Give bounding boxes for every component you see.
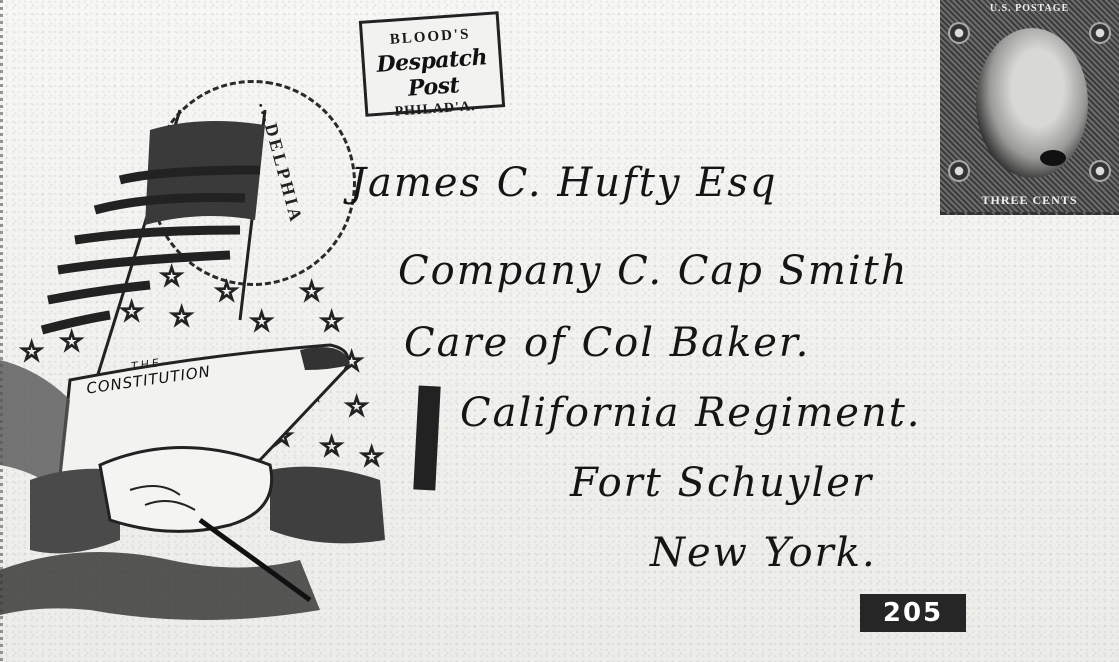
stamp-rosette-icon [948,160,970,182]
drapery-icon [0,552,320,620]
svg-text:☆: ☆ [320,307,343,337]
address-line-6: New York. [650,530,877,576]
address-line-2: Company C. Cap Smith [398,248,909,294]
svg-text:☆: ☆ [215,277,238,307]
svg-text:☆: ☆ [360,442,383,472]
svg-text:☆: ☆ [320,432,343,462]
stamp-top-text: U.S. POSTAGE [940,0,1119,18]
sleeve-right-icon [270,467,385,544]
svg-text:☆: ☆ [160,262,183,292]
address-line-5: Fort Schuyler [570,460,873,506]
cancel-mark [1040,150,1066,166]
stamp-rosette-icon [1089,160,1111,182]
postage-stamp: U.S. POSTAGE THREE CENTS [940,0,1119,215]
svg-text:☆: ☆ [250,307,273,337]
reference-number-badge: 205 [860,594,966,632]
svg-text:☆: ☆ [300,277,323,307]
address-line-1: James C. Hufty Esq [350,160,778,206]
clasped-hands-icon [100,448,272,532]
svg-text:☆: ☆ [60,327,83,357]
stamp-rosette-icon [1089,22,1111,44]
stamp-rosette-icon [948,22,970,44]
svg-text:☆: ☆ [120,297,143,327]
address-line-4: California Regiment. [460,390,922,436]
svg-text:☆: ☆ [170,302,193,332]
stamp-portrait [976,28,1088,178]
svg-text:☆: ☆ [20,337,43,367]
address-line-3: Care of Col Baker. [404,320,810,366]
svg-text:☆: ☆ [345,392,368,422]
stamp-denomination: THREE CENTS [940,193,1119,208]
